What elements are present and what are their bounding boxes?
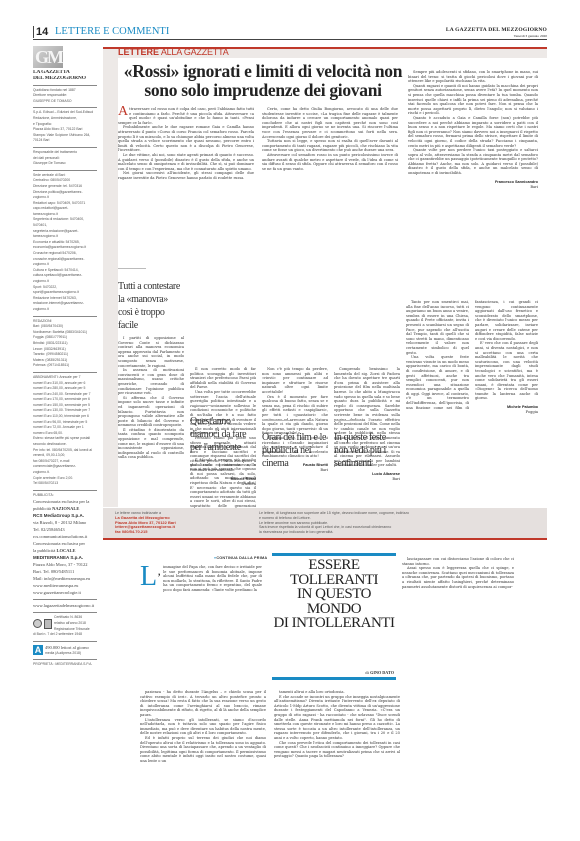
letter-feste: In queste feste non vedo più i sentiment… [334, 420, 400, 470]
letters-rules: Le lettere, di lunghezza non superiore a… [259, 511, 519, 535]
letter-cinema-title: Orari dei film e le pubblicità nei cinem… [262, 426, 328, 470]
text-line: Giuseppe De Tomaso [33, 161, 97, 167]
subscriptions-info: ABBONAMENTI: Annuale per 7numeri Euro 31… [33, 372, 97, 490]
paragraph: Tanto per non smentirci mai, alla fine d… [406, 300, 469, 355]
paragraph: Il non corretto modo di far politica sco… [190, 367, 256, 390]
page-header: 14 LETTERE E COMMENTI LA GAZZETTA DEL ME… [33, 24, 547, 40]
text-line: GIUSEPPE DE TOMASO [33, 99, 97, 105]
editorial-col1: pazienza - ha detto durante l'Angelus – … [140, 690, 266, 764]
mediterranea-name: MEDITERRANEA S.p.A. [33, 554, 97, 561]
text-line: Piazza Aldo Moro, 37 - 70122 [33, 561, 97, 568]
divider [190, 405, 218, 406]
letter-manovra-title: Tutti a contestare la «manovra» così è t… [118, 274, 184, 332]
letter-manovra: Tutti a contestare la «manovra» così è t… [118, 268, 184, 460]
website-link[interactable]: www.lagazzettadelmezzogiorno.it [33, 602, 97, 609]
divider [118, 268, 146, 269]
editorial-byline: di GINO DATO [270, 670, 394, 675]
paragraph: Quanto è accaduto a Gaia e Camilla forse… [408, 116, 538, 148]
paragraph: Attraversare col rosso non è colpa del c… [118, 107, 254, 125]
paragraph: Attraversare col semaforo rosso in un pu… [262, 153, 398, 171]
letters-submission-info: Le lettere vanno indirizzate a La Gazzet… [103, 508, 547, 540]
paragraph: Il cittadino è disorientato da tanta con… [118, 428, 184, 460]
section-name: LETTERE E COMMENTI [55, 26, 169, 38]
paragraph: Che cosa prevede l'etica del comportamen… [274, 741, 400, 759]
rcs-name: RCS MediaGroup S.p.A. [33, 512, 97, 519]
certification-seal-icon [33, 619, 42, 628]
paragraph: Tuttavia non si legge, e spesso non si e… [262, 139, 398, 153]
editorial-title: ESSERE TOLLERANTIIN QUESTO MONDODI INTOL… [270, 558, 398, 631]
page-number: 14 [33, 26, 48, 38]
letter-feste-title: In queste feste non vedo più i sentiment… [334, 426, 400, 470]
editorial-bottom-rule [272, 677, 396, 680]
text-line: www.gazzettanecrologie.it [33, 589, 97, 596]
contacts-info: Sede centrale di Bari:Centralino: 080/54… [33, 170, 97, 316]
text-line: Mail: info@mediterraneaspa.eu [33, 575, 97, 582]
advertising-info: PUBBLICITÀ: Concessionaria esclusiva per… [33, 490, 97, 600]
rule-line: la riservatezza pur indicando le loro ge… [259, 530, 519, 535]
letter-feste-city: Foggia [475, 410, 538, 415]
title-line: ESSERE TOLLERANTI [270, 558, 398, 587]
continued-from-front: »CONTINUA DALLA PRIMA [214, 556, 267, 560]
paragraph: Nei giorni successivi all'incidente, gli… [118, 171, 254, 180]
address-line[interactable]: fax 080/54.70.215 [115, 530, 275, 535]
property-info: PROPRIETÀ : MEDITERRANEA S.P.A. [33, 659, 97, 671]
divider [262, 420, 290, 421]
website-info: www.lagazzettadelmezzogiorno.it [33, 599, 97, 612]
paragraph: Il Mondo è sempre più piccolo, globalizz… [190, 458, 256, 513]
letters-section-label: LETTERE ALLA GAZZETTA [118, 47, 229, 58]
paragraph: In assenza di motivazioni convincenti e … [118, 368, 184, 396]
editorial-col3-top: lasciapassare con cui distorciamo l'azio… [402, 557, 514, 589]
newspaper-logo-icon: GM [33, 46, 63, 68]
letter-cinema-city: Bari [334, 477, 400, 482]
paragraph: pazienza - ha detto durante l'Angelus – … [140, 690, 266, 718]
title-line: IN QUESTO MONDO [270, 587, 398, 616]
main-letter-col2: Certo, come ha detto Giulia Bongiorno, a… [262, 107, 398, 171]
paragraph: Quanti ragazzi e quanti di noi hanno gui… [408, 84, 538, 116]
text-line: numeri Euro 110,00, trimestrale per 6 [33, 414, 97, 420]
text-line: zogiorno.it [33, 307, 97, 313]
ads-logo-icon: A [33, 645, 43, 655]
text-line: relativo all'anno 2018 [54, 621, 90, 627]
letter-feste-body: Tanto per non smentirci mai, alla fine d… [406, 300, 538, 505]
paragraph: Le due vittime, ahi noi, sono state agen… [118, 153, 254, 171]
redazioni-info: REDAZIONI Bari: (080/5470430)Nordbarese:… [33, 316, 97, 372]
letter-cinema: Orari dei film e le pubblicità nei cinem… [262, 420, 328, 470]
publisher-info: S.p.A. Edisud – Edizioni del Sud-EdisudR… [33, 107, 97, 147]
text-line: Potenza: (0971/418511) [33, 363, 97, 369]
paragraph: Sempre più adolescenti si sfidano, con l… [408, 70, 538, 84]
paragraph: Assai spesso non è leggerezza quella che… [402, 566, 514, 589]
main-letter-city: Bari [408, 185, 538, 190]
main-letter-col1: Attraversare col rosso non è colpa del c… [118, 107, 254, 181]
dropcap: L’ [140, 566, 161, 588]
text-line: www.mediterraneaspa.eu [33, 582, 97, 589]
paragraph: I partiti di opposizione al Governo Cont… [118, 336, 184, 368]
paragraph: L'intolleranza verso gli intolleranti, s… [140, 718, 266, 736]
text-line: 70124 Bari [33, 138, 97, 144]
divider [334, 420, 362, 421]
paragraph: lasciapassare con cui distorciamo l'azio… [402, 557, 514, 566]
letters-address: Le lettere vanno indirizzate a La Gazzet… [115, 511, 275, 535]
text-line: Tel 080/5470213 [33, 481, 97, 487]
text-line: Bari. Tel. 080/5485111 [33, 568, 97, 575]
newspaper-name: LA GAZZETTA DEL MEZZOGIORNO [446, 27, 547, 34]
dropcap: A [118, 107, 128, 117]
title-line: DI INTOLLERANTI [270, 616, 398, 631]
paragraph: Quante volte per non perdere l'unico tax… [408, 148, 538, 176]
logo-name: LA GAZZETTA DEL MEZZOGIORNO [33, 70, 97, 82]
text-line: Tel. 02/25846543 [33, 526, 97, 533]
readership-info: A 490.000 lettori al giorno media (Audip… [33, 641, 97, 660]
text-line: via Rizzoli, 8 - 20132 Milano [33, 519, 97, 526]
paragraph: E' vero che con il passare degli anni, s… [475, 341, 538, 401]
text-line: rcs.communicationsolutions.it [33, 533, 97, 540]
issue-date: Venerdì 3 gennaio 2020 [514, 34, 547, 39]
main-letter-title: «Rossi» ignorati e limiti di velocità no… [118, 62, 408, 100]
paragraph: Si afferma che il Governo impone solo nu… [118, 396, 184, 428]
paragraph: E che accade se incontri un gruppo che i… [274, 695, 400, 741]
letter-ambiente-title: Quest'anno diamoci da fare per l'ambient… [190, 411, 256, 454]
paragraph: Probabilmente anche le due ragazze roman… [118, 125, 254, 153]
editorial-top-rule [272, 553, 396, 556]
paragraph: Certo, come ha detto Giulia Bongiorno, a… [262, 107, 398, 139]
editorial-intro: L’ immagine del Papa che, con fare decis… [140, 565, 262, 593]
paragraph: Non c'è più tempo da perdere, non sono a… [262, 367, 328, 395]
paragraph: Ed è infatti proprio sul terreno dei giu… [140, 736, 266, 764]
privacy-info: Responsabile del trattamentodei dati per… [33, 147, 97, 170]
letter-ambiente: Quest'anno diamoci da fare per l'ambient… [190, 405, 256, 513]
masthead-sidebar: GM LA GAZZETTA DEL MEZZOGIORNO Quotidian… [33, 46, 97, 826]
main-letter-col3: Sempre più adolescenti si sfidano, con l… [408, 70, 538, 189]
founding-info: Quotidiano fondato nel 1887Direttore res… [33, 85, 97, 108]
editorial-col2: tamenti altrui e alla loro ortodossia.E … [274, 690, 400, 759]
fieg-logo-icon [44, 619, 52, 629]
certification-info: Certificato N. 8636relativo all'anno 201… [33, 612, 97, 640]
